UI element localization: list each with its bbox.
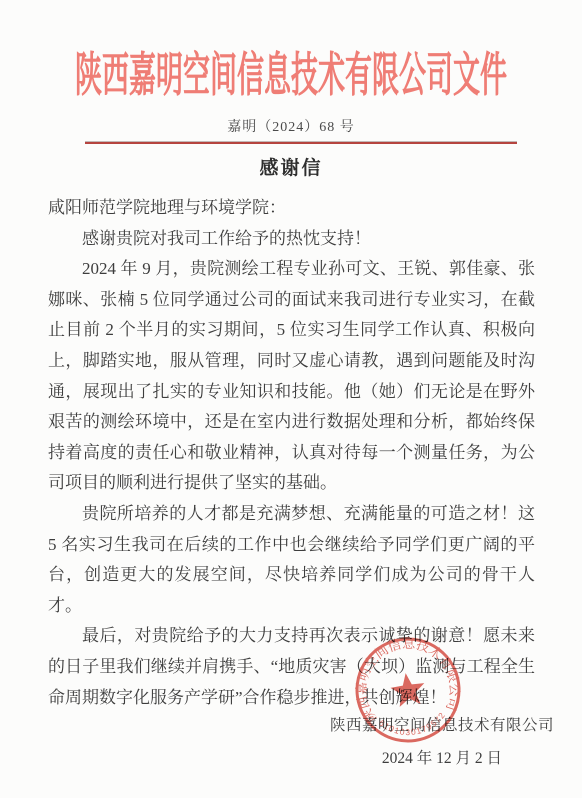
letter-body: 咸阳师范学院地理与环境学院： 感谢贵院对我司工作给予的热忱支持！ 2024 年 … (48, 193, 535, 713)
signature-block: 陕西嘉明空间信息技术有限公司 2024 年 12 月 2 日 (330, 715, 554, 770)
paragraph-2: 2024 年 9 月，贵院测绘工程专业孙可文、王锐、郭佳豪、张娜咪、张楠 5 位… (48, 254, 535, 499)
document-page: 陕西嘉明空间信息技术有限公司文件 嘉明（2024）68 号 感谢信 咸阳师范学院… (0, 0, 582, 798)
paragraph-3: 贵院所培养的人才都是充满梦想、充满能量的可造之材！这 5 名实习生我司在后续的工… (48, 499, 535, 621)
header-divider (85, 142, 517, 144)
letter-date: 2024 年 12 月 2 日 (330, 748, 554, 770)
company-signature: 陕西嘉明空间信息技术有限公司 (330, 715, 554, 737)
closing-block: 陕西嘉明空间信息技术有限公司 2024 年 12 月 2 日 (0, 715, 554, 770)
letter-title: 感谢信 (0, 153, 582, 180)
document-number: 嘉明（2024）68 号 (0, 116, 582, 136)
company-file-header: 陕西嘉明空间信息技术有限公司文件 (0, 25, 582, 116)
paragraph-4: 最后，对贵院给予的大力支持再次表示诚挚的谢意！愿未来的日子里我们继续并肩携手、“… (48, 621, 535, 713)
paragraph-1: 感谢贵院对我司工作给予的热忱支持！ (48, 224, 535, 255)
salutation: 咸阳师范学院地理与环境学院： (48, 193, 535, 224)
